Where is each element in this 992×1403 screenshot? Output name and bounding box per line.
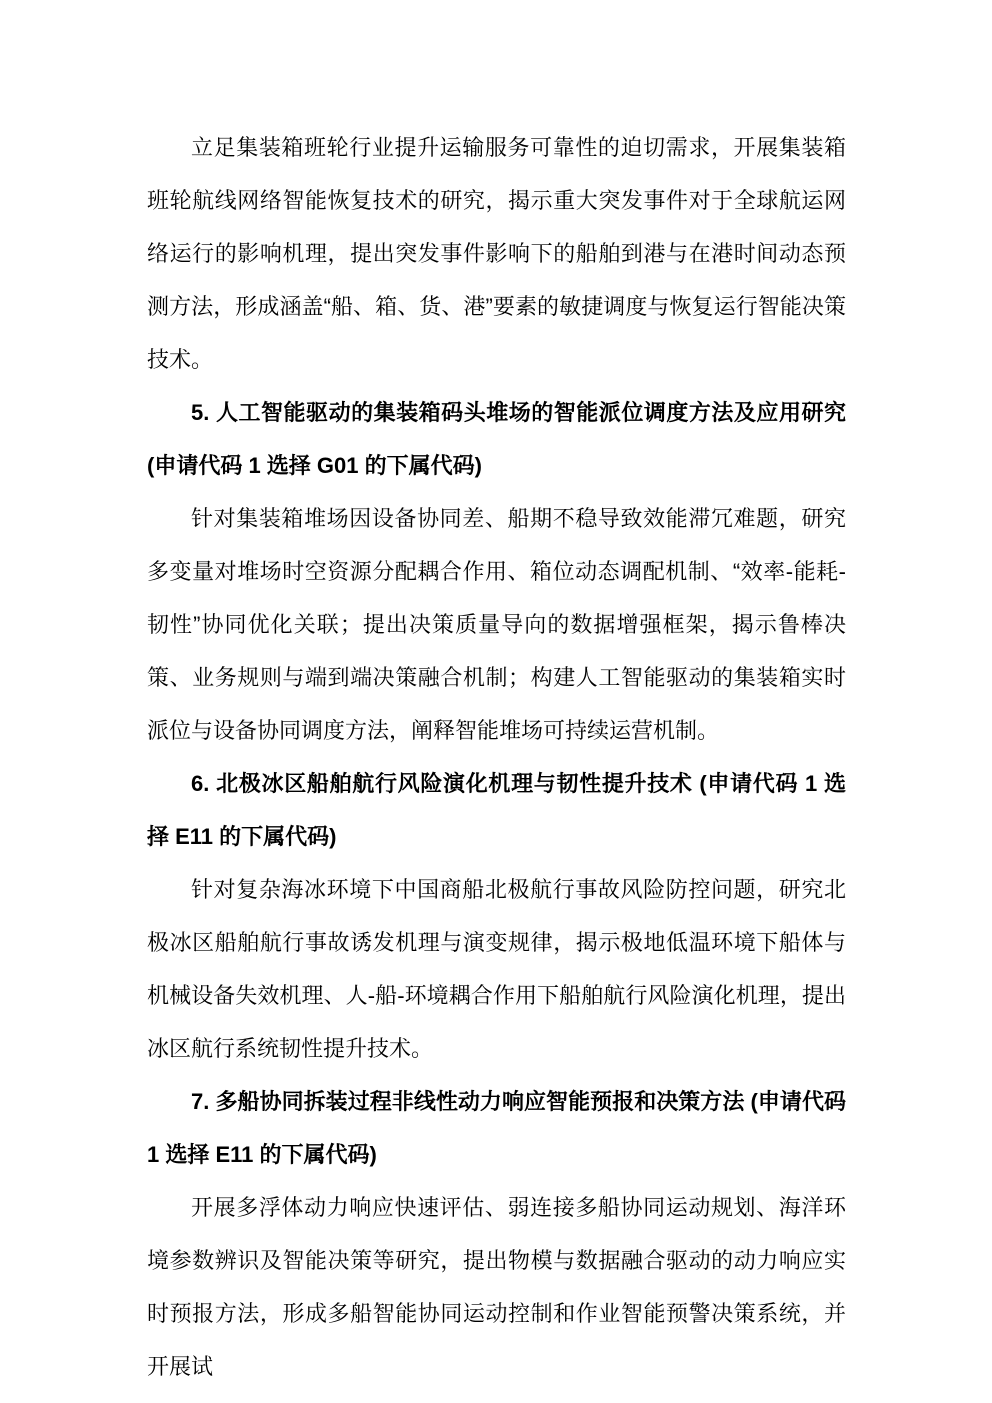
topic-6-description: 针对复杂海冰环境下中国商船北极航行事故风险防控问题，研究北极冰区船舶航行事故诱发… bbox=[147, 863, 846, 1075]
topic-7-heading: 7. 多船协同拆装过程非线性动力响应智能预报和决策方法 (申请代码 1 选择 E… bbox=[147, 1075, 846, 1181]
topic-5-description: 针对集装箱堆场因设备协同差、船期不稳导致效能滞冗难题，研究多变量对堆场时空资源分… bbox=[147, 492, 846, 757]
topic-6-heading: 6. 北极冰区船舶航行风险演化机理与韧性提升技术 (申请代码 1 选择 E11 … bbox=[147, 757, 846, 863]
topic-5-heading: 5. 人工智能驱动的集装箱码头堆场的智能派位调度方法及应用研究 (申请代码 1 … bbox=[147, 386, 846, 492]
intro-paragraph: 立足集装箱班轮行业提升运输服务可靠性的迫切需求，开展集装箱班轮航线网络智能恢复技… bbox=[147, 121, 846, 386]
document-body: 立足集装箱班轮行业提升运输服务可靠性的迫切需求，开展集装箱班轮航线网络智能恢复技… bbox=[147, 121, 846, 1393]
topic-7-description: 开展多浮体动力响应快速评估、弱连接多船协同运动规划、海洋环境参数辨识及智能决策等… bbox=[147, 1181, 846, 1393]
document-page: 立足集装箱班轮行业提升运输服务可靠性的迫切需求，开展集装箱班轮航线网络智能恢复技… bbox=[0, 0, 992, 1403]
